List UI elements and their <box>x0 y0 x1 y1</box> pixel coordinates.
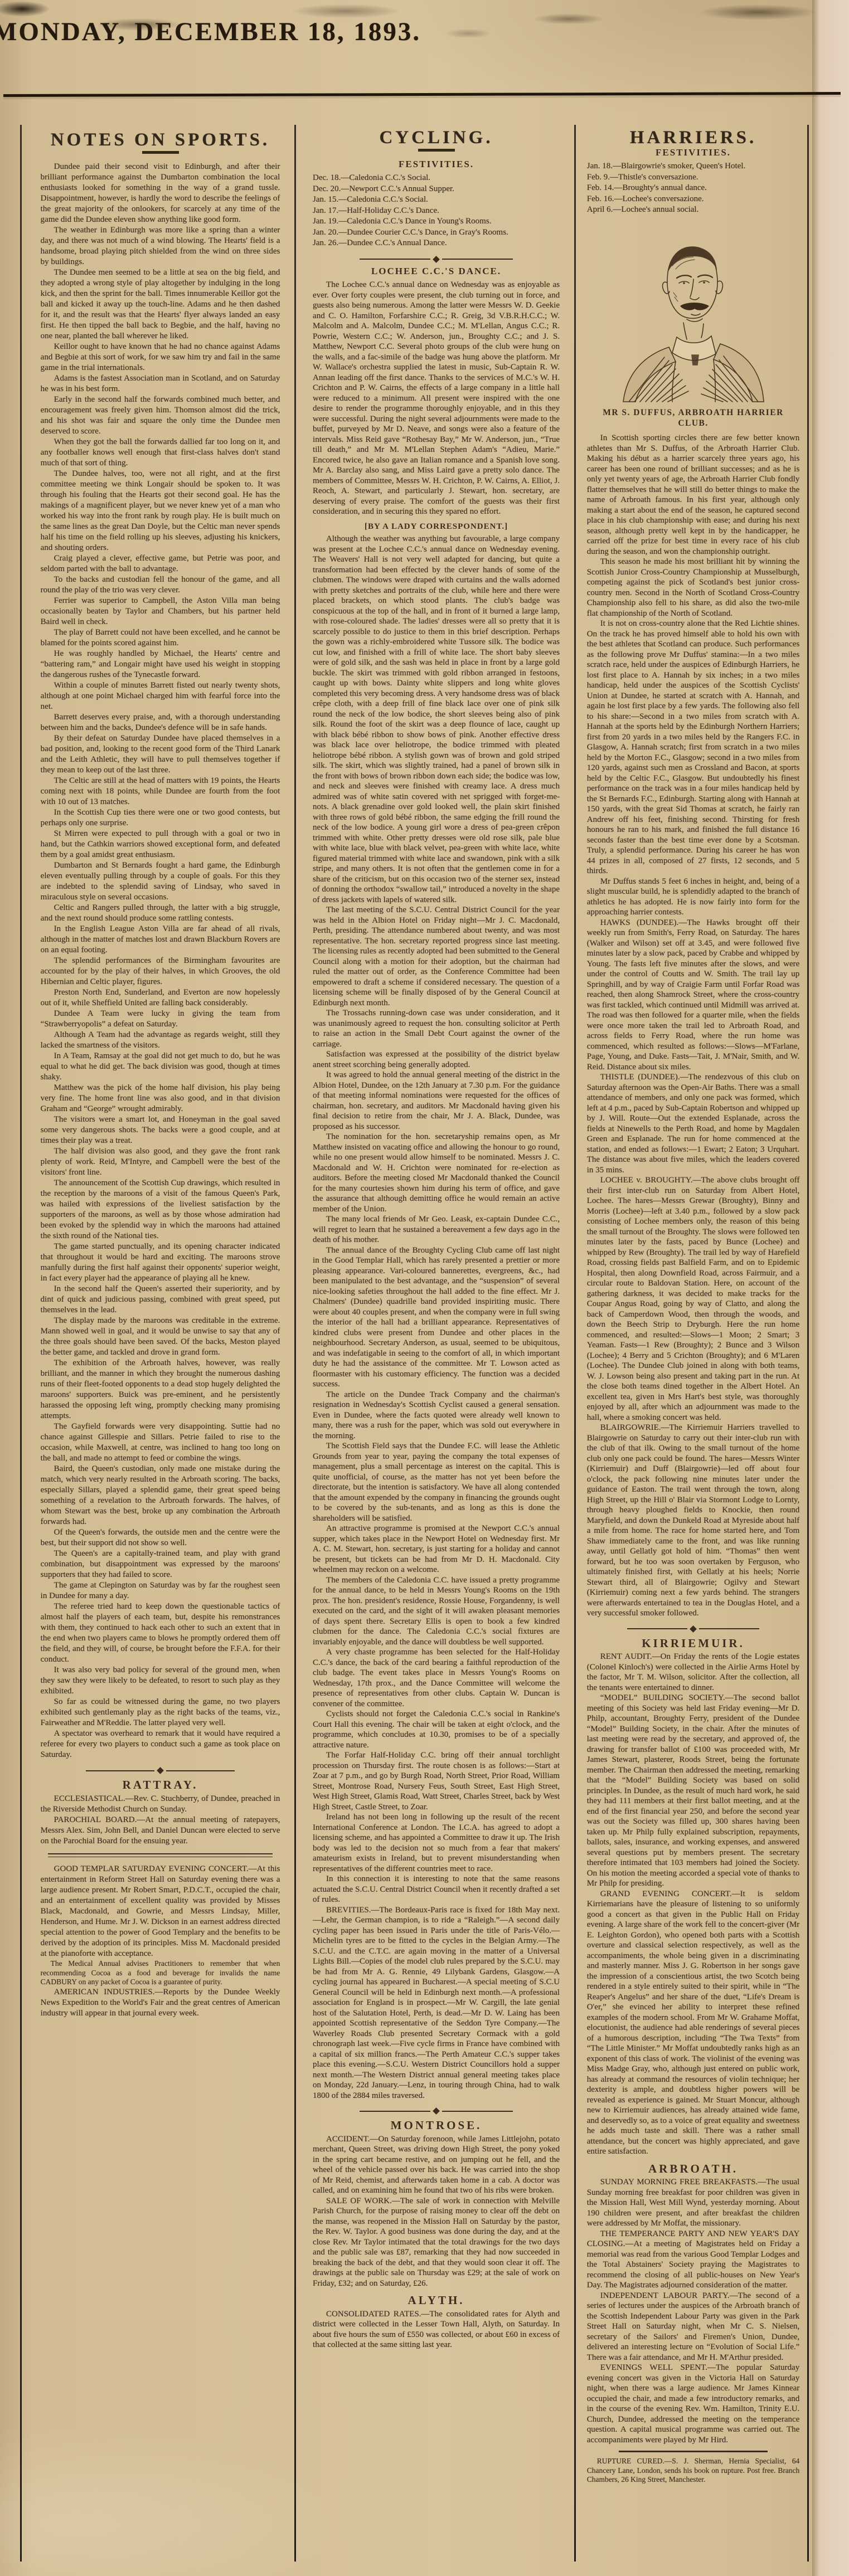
news-paragraph: The visitors were a smart lot, and Honey… <box>41 1114 280 1146</box>
news-paragraph: This season he made his most brilliant h… <box>587 557 800 619</box>
news-paragraph: It is not on cross-country alone that th… <box>587 619 800 876</box>
news-paragraph: THISTLE (DUNDEE).—The rendezvous of this… <box>587 1072 800 1175</box>
news-paragraph: LOCHEE v. BROUGHTY.—The above clubs brou… <box>587 1175 800 1423</box>
arbroath-section-head: ARBROATH. <box>587 2164 800 2174</box>
duffus-portrait <box>610 225 777 406</box>
news-paragraph: The Scottish Field says that the Dundee … <box>313 1441 560 1523</box>
news-paragraph: The members of the Caledonia C.C. have i… <box>313 1575 560 1648</box>
news-paragraph: INDEPENDENT LABOUR PARTY.—The second of … <box>587 2291 800 2363</box>
news-paragraph: Dumbarton and St Bernards fought a hard … <box>41 860 280 903</box>
date-line: MONDAY, DECEMBER 18, 1893. <box>0 17 421 47</box>
news-paragraph: The game at Clepington on Saturday was b… <box>41 1580 280 1601</box>
masthead: MONDAY, DECEMBER 18, 1893. <box>0 17 421 47</box>
mustache <box>680 303 709 310</box>
left-brow <box>677 275 691 278</box>
notes-on-sports-headline: NOTES ON SPORTS. <box>41 135 280 145</box>
chin <box>687 319 702 322</box>
news-paragraph: Baird, the Queen's custodian, only made … <box>41 1464 280 1527</box>
news-paragraph: THE TEMPERANCE PARTY AND NEW YEAR'S DAY … <box>587 2229 800 2291</box>
portrait-engraving <box>610 225 777 403</box>
news-paragraph: The game started punctually, and its ope… <box>41 1241 280 1284</box>
news-paragraph: The announcement of the Scottish Cup dra… <box>41 1178 280 1241</box>
nose <box>690 279 699 300</box>
news-paragraph: “MODEL” BUILDING SOCIETY.—The second bal… <box>587 1693 800 1889</box>
festivity-item: Jan. 20.—Dundee Courier C.C.'s Dance, in… <box>313 227 560 238</box>
news-paragraph: To the backs and custodian fell the hono… <box>41 574 280 596</box>
newspaper-page: { "masthead": { "date_line": "MONDAY, DE… <box>0 0 849 2576</box>
rattray-section-head: RATTRAY. <box>41 1780 280 1790</box>
news-paragraph: GRAND EVENING CONCERT.—It is seldom Kirr… <box>587 1889 800 2157</box>
news-paragraph: SUNDAY MORNING FREE BREAKFASTS.—The usua… <box>587 2177 800 2229</box>
news-paragraph: Matthew was the pick of the home half di… <box>41 1083 280 1114</box>
news-paragraph: AMERICAN INDUSTRIES.—Reports by the Dund… <box>41 1987 280 2019</box>
mouth <box>691 314 700 315</box>
diamond-ornament <box>433 2107 440 2115</box>
news-paragraph: St Mirren were expected to pull through … <box>41 829 280 860</box>
festivity-item: Jan. 19.—Caledonia C.C.'s Dance in Young… <box>313 216 560 227</box>
news-paragraph: Preston North End, Sunderland, and Evert… <box>41 987 280 1009</box>
rupture-ad: RUPTURE CURED.—S. J. Sherman, Hernia Spe… <box>587 2457 800 2485</box>
news-paragraph: CONSOLIDATED RATES.—The consolidated rat… <box>313 2309 560 2350</box>
alyth-section-head: ALYTH. <box>313 2295 560 2306</box>
headline-rule <box>142 151 179 154</box>
ad-rule <box>619 2451 768 2452</box>
diamond-ornament <box>690 1625 697 1633</box>
news-paragraph: The play of Barrett could not have been … <box>41 627 280 649</box>
news-paragraph: In A Team, Ramsay at the goal did not ge… <box>41 1051 280 1083</box>
news-paragraph: It was also very bad policy for several … <box>41 1665 280 1697</box>
news-paragraph: A spectator was overheard to remark that… <box>41 1728 280 1760</box>
double-rule <box>48 1853 273 1857</box>
news-paragraph: It was agreed to hold the annual general… <box>313 1070 560 1132</box>
kirriemuir-section-head: KIRRIEMUIR. <box>587 1638 800 1649</box>
lochee-dance-subhead: LOCHEE C.C.'S DANCE. <box>313 266 560 277</box>
news-paragraph: The referee tried hard to keep down the … <box>41 1601 280 1665</box>
news-paragraph: In Scottish sporting circles there are f… <box>587 433 800 557</box>
diamond-ornament <box>157 1767 164 1774</box>
festivity-item: Feb. 9.—Thistle's conversazione. <box>587 172 800 183</box>
news-paragraph: EVENINGS WELL SPENT.—The popular Saturda… <box>587 2363 800 2445</box>
news-paragraph: The annual dance of the Broughty Cycling… <box>313 1245 560 1390</box>
montrose-section-head: MONTROSE. <box>313 2120 560 2131</box>
festivity-item: Jan. 18.—Blairgowrie's smoker, Queen's H… <box>587 161 800 172</box>
news-paragraph: The Dundee men seemed to be a little at … <box>41 267 280 342</box>
cadbury-note: The Medical Annual advises Practitioners… <box>41 1959 280 1987</box>
news-paragraph: BLAIRGOWRIE.—The Kirriemuir Harriers tra… <box>587 1423 800 1619</box>
news-paragraph: He was roughly handled by Michael, the H… <box>41 649 280 680</box>
news-paragraph: So far as could be witnessed during the … <box>41 1697 280 1728</box>
news-paragraph: Celtic and Rangers pulled through, the l… <box>41 903 280 924</box>
news-paragraph: RENT AUDIT.—On Friday the rents of the L… <box>587 1652 800 1693</box>
news-paragraph: The nomination for the hon. secretaryshi… <box>313 1132 560 1214</box>
news-paragraph: Early in the second half the forwards co… <box>41 395 280 437</box>
column-rule <box>807 125 809 2562</box>
news-paragraph: Although the weather was anything but fa… <box>313 534 560 905</box>
news-paragraph: The Lochee C.C.'s annual dance on Wednes… <box>313 280 560 517</box>
news-paragraph: The article on the Dundee Track Company … <box>313 1390 560 1442</box>
news-paragraph: The splendid performances of the Birming… <box>41 956 280 987</box>
festivity-item: Jan. 17.—Half-Holiday C.C.'s Dance. <box>313 206 560 217</box>
news-paragraph: The Gayfield forwards were very disappoi… <box>41 1421 280 1464</box>
news-paragraph: Dundee A Team were lucky in giving the t… <box>41 1009 280 1030</box>
news-paragraph: Mr Duffus stands 5 feet 6 inches in heig… <box>587 876 800 918</box>
news-paragraph: SALE OF WORK.—The sale of work in connec… <box>313 2196 560 2289</box>
right-brow <box>698 275 712 277</box>
festivity-item: April 6.—Lochee's annual social. <box>587 204 800 216</box>
news-paragraph: ECCLESIASTICAL.—Rev. C. Stuchberry, of D… <box>41 1794 280 1815</box>
collar-shirt <box>672 336 716 365</box>
brevities-paragraph: BREVITIES.—The Bordeaux-Paris race is fi… <box>313 1905 560 2101</box>
section-divider <box>627 1627 759 1632</box>
news-paragraph: In the English League Aston Villa are fa… <box>41 924 280 956</box>
column-cycling: CYCLING.FESTIVITIES.Dec. 18.—Caledonia C… <box>296 125 574 2562</box>
news-paragraph: The Trossachs running-down case was unde… <box>313 1008 560 1049</box>
harriers-headline: HARRIERS. <box>587 133 800 143</box>
harriers-festivities-list: Jan. 18.—Blairgowrie's smoker, Queen's H… <box>587 161 800 216</box>
news-paragraph: In this connection it is interesting to … <box>313 1874 560 1905</box>
news-paragraph: Ferrier was superior to Campbell, the As… <box>41 596 280 627</box>
news-paragraph: By their defeat on Saturday Dundee have … <box>41 733 280 776</box>
news-paragraph: Barrett deserves every praise, and, with… <box>41 712 280 733</box>
section-divider <box>360 2108 513 2114</box>
column-harriers: HARRIERS.FESTIVITIES.Jan. 18.—Blairgowri… <box>576 125 808 2562</box>
news-paragraph: GOOD TEMPLAR SATURDAY EVENING CONCERT.—A… <box>41 1864 280 1959</box>
festivity-item: Jan. 26.—Dundee C.C.'s Annual Dance. <box>313 238 560 249</box>
festivity-item: Dec. 20.—Newport C.C.'s Annual Supper. <box>313 184 560 195</box>
festivity-item: Feb. 16.—Lochee's conversazione. <box>587 194 800 205</box>
news-paragraph: The exhibition of the Arbroath halves, h… <box>41 1358 280 1421</box>
face <box>662 247 722 322</box>
festivity-item: Dec. 18.—Caledonia C.C.'s Social. <box>313 173 560 184</box>
section-divider <box>360 257 513 262</box>
portrait-caption: MR S. DUFFUS, ARBROATH HARRIER CLUB. <box>587 408 800 428</box>
news-paragraph: The display made by the maroons was cred… <box>41 1316 280 1358</box>
news-paragraph: Of the Queen's forwards, the outside men… <box>41 1527 280 1548</box>
news-paragraph: Dundee paid their second visit to Edinbu… <box>41 162 280 225</box>
news-paragraph: Adams is the fastest Association man in … <box>41 373 280 395</box>
neck <box>683 323 704 339</box>
news-paragraph: The Queen's are a capitally-trained team… <box>41 1548 280 1580</box>
news-paragraph: The last meeting of the S.C.U. Central D… <box>313 905 560 1008</box>
harriers-festivities-subhead: FESTIVITIES. <box>587 148 800 158</box>
festivity-item: Feb. 14.—Broughty's annual dance. <box>587 183 800 194</box>
news-paragraph: The Celtic are still at the head of matt… <box>41 776 280 807</box>
section-divider <box>86 1768 234 1773</box>
news-paragraph: The half division was also good, and the… <box>41 1146 280 1178</box>
cycling-headline: CYCLING. <box>313 133 560 143</box>
news-paragraph: In the Scottish Cup ties there were one … <box>41 807 280 829</box>
diamond-ornament <box>433 256 440 263</box>
headline-rule <box>418 149 455 152</box>
cycling-festivities-list: Dec. 18.—Caledonia C.C.'s Social.Dec. 20… <box>313 173 560 249</box>
masthead-rule <box>3 92 841 97</box>
news-paragraph: Craig played a clever, effective game, b… <box>41 553 280 574</box>
lady-correspondent-line: [BY A LADY CORRESPONDENT.] <box>313 522 560 532</box>
news-paragraph: An attractive programme is promised at t… <box>313 1523 560 1575</box>
column-notes-on-sports: NOTES ON SPORTS.Dundee paid their second… <box>22 125 295 2562</box>
news-paragraph: HAWKS (DUNDEE).—The Hawks brought off th… <box>587 918 800 1073</box>
cycling-festivities-subhead: FESTIVITIES. <box>313 159 560 170</box>
news-paragraph: In the second half the Queen's asserted … <box>41 1284 280 1316</box>
news-paragraph: Keillor ought to have known that he had … <box>41 342 280 373</box>
news-paragraph: Ireland has not been long in following u… <box>313 1812 560 1874</box>
columns-container: NOTES ON SPORTS.Dundee paid their second… <box>20 125 809 2562</box>
news-paragraph: Satisfaction was expressed at the possib… <box>313 1049 560 1070</box>
news-paragraph: Cyclists should not forget the Caledonia… <box>313 1709 560 1750</box>
festivity-item: Jan. 15.—Caledonia C.C.'s Social. <box>313 194 560 206</box>
news-paragraph: When they got the ball the forwards dall… <box>41 437 280 469</box>
news-paragraph: PAROCHIAL BOARD.—At the annual meeting o… <box>41 1815 280 1847</box>
news-paragraph: The weather in Edinburgh was more like a… <box>41 225 280 267</box>
paper-edge <box>812 0 849 2576</box>
news-paragraph: Within a couple of minutes Barrett fiste… <box>41 680 280 712</box>
news-paragraph: The Dundee halves, too, were not all rig… <box>41 469 280 553</box>
news-paragraph: The many local friends of Mr Geo. Leask,… <box>313 1214 560 1245</box>
news-paragraph: A very chaste programme has been selecte… <box>313 1647 560 1709</box>
news-paragraph: Although A Team had the advantage as reg… <box>41 1030 280 1051</box>
news-paragraph: ACCIDENT.—On Saturday forenoon, while Ja… <box>313 2134 560 2196</box>
news-paragraph: The Forfar Half-Holiday C.C. bring off t… <box>313 1750 560 1812</box>
